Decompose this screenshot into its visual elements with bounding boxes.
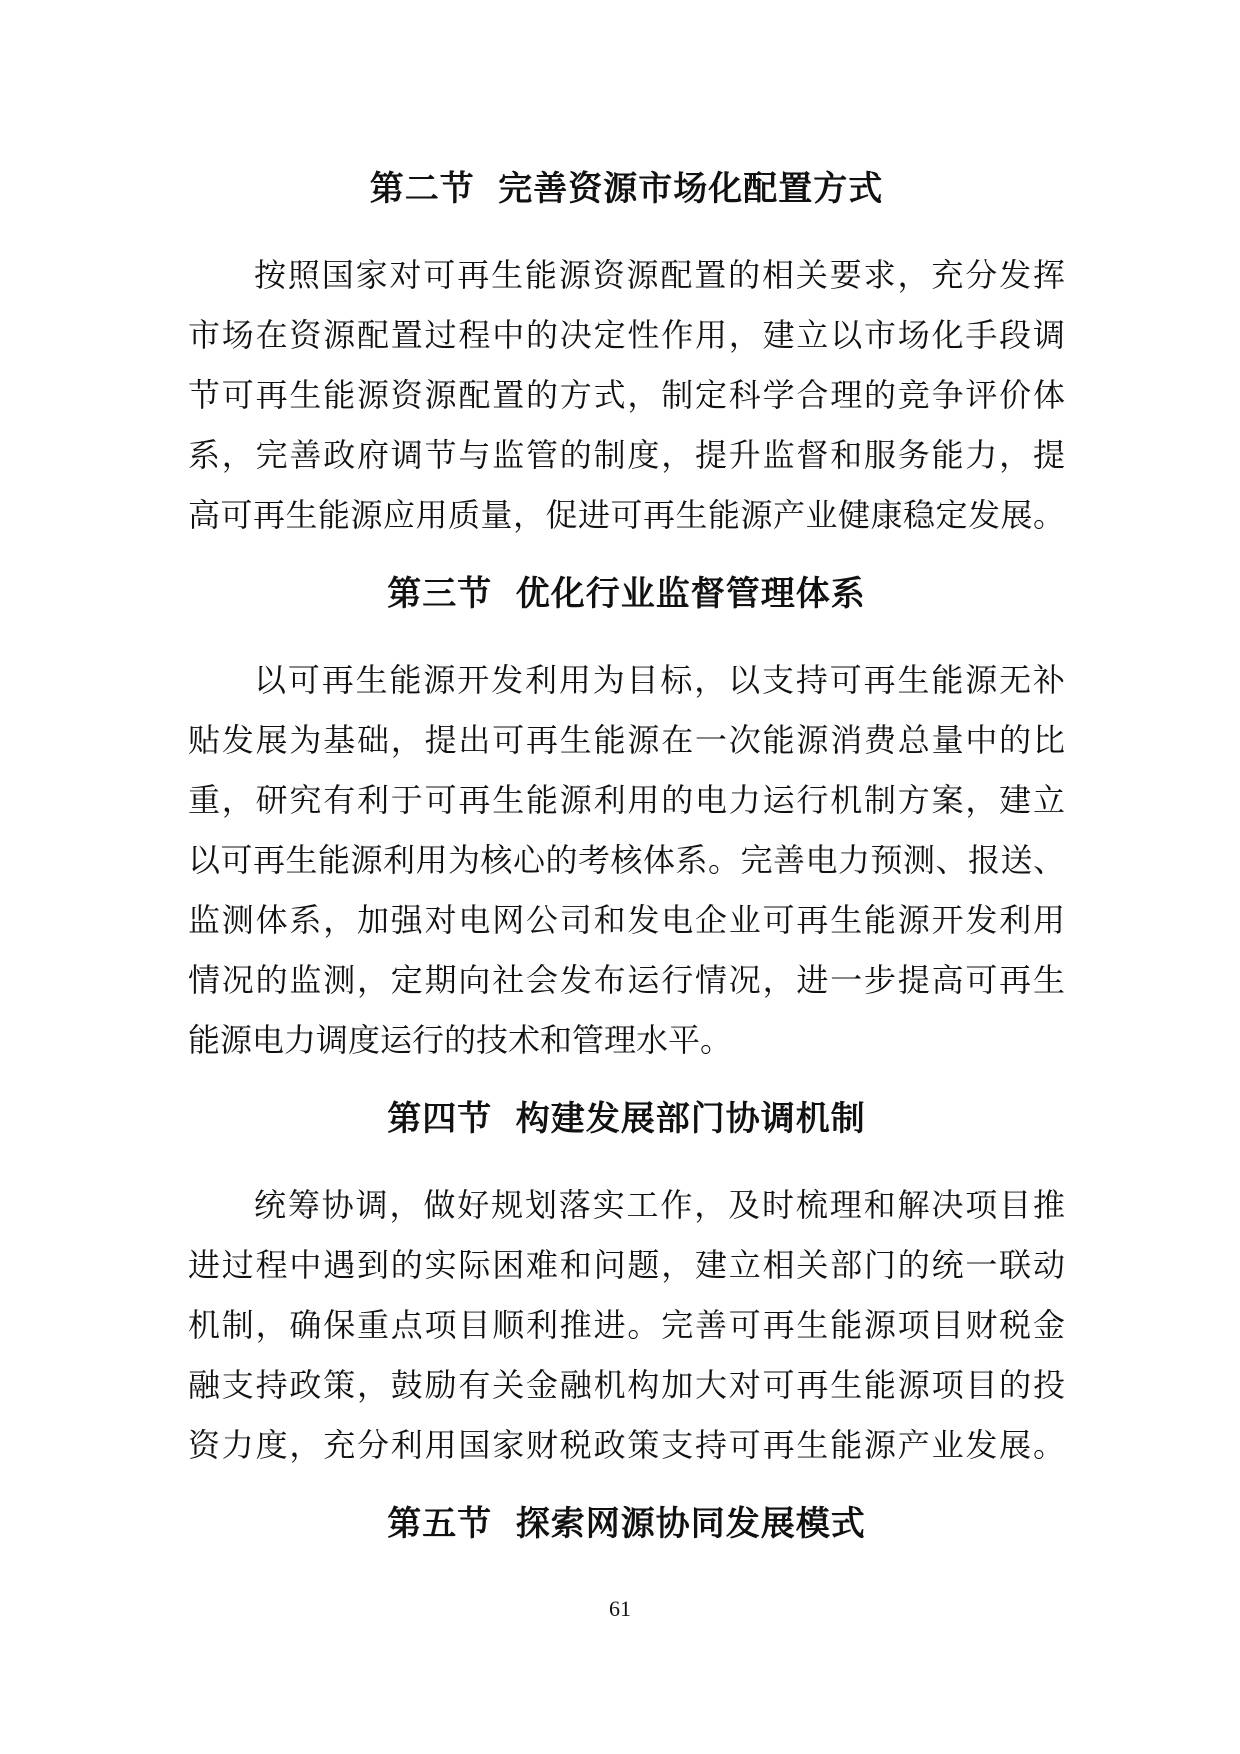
paragraph-section-2: 按照国家对可再生能源资源配置的相关要求，充分发挥 市场在资源配置过程中的决定性作… [188,245,1065,545]
paragraph-line: 融支持政策，鼓励有关金融机构加大对可再生能源项目的投 [188,1355,1065,1415]
paragraph-line: 重，研究有利于可再生能源利用的电力运行机制方案，建立 [188,770,1065,830]
paragraph-line: 监测体系，加强对电网公司和发电企业可再生能源开发利用 [188,890,1065,950]
paragraph-line: 以可再生能源利用为核心的考核体系。完善电力预测、报送、 [188,830,1065,890]
paragraph-line: 系，完善政府调节与监管的制度，提升监督和服务能力，提 [188,425,1065,485]
paragraph-line: 按照国家对可再生能源资源配置的相关要求，充分发挥 [188,245,1065,305]
paragraph-line: 市场在资源配置过程中的决定性作用，建立以市场化手段调 [188,305,1065,365]
document-page: 第二节 完善资源市场化配置方式 按照国家对可再生能源资源配置的相关要求，充分发挥… [0,0,1240,1754]
section-heading-3: 第三节 优化行业监督管理体系 [188,565,1065,625]
paragraph-line: 以可再生能源开发利用为目标，以支持可再生能源无补 [188,650,1065,710]
paragraph-line: 情况的监测，定期向社会发布运行情况，进一步提高可再生 [188,950,1065,1010]
paragraph-line: 能源电力调度运行的技术和管理水平。 [188,1010,1065,1070]
section-heading-5: 第五节 探索网源协同发展模式 [188,1495,1065,1555]
paragraph-line: 进过程中遇到的实际困难和问题，建立相关部门的统一联动 [188,1235,1065,1295]
paragraph-line: 资力度，充分利用国家财税政策支持可再生能源产业发展。 [188,1415,1065,1475]
paragraph-section-3: 以可再生能源开发利用为目标，以支持可再生能源无补 贴发展为基础，提出可再生能源在… [188,650,1065,1070]
page-content: 第二节 完善资源市场化配置方式 按照国家对可再生能源资源配置的相关要求，充分发挥… [188,160,1065,1580]
paragraph-line: 统筹协调，做好规划落实工作，及时梳理和解决项目推 [188,1175,1065,1235]
page-number: 61 [0,1594,1240,1624]
section-heading-4: 第四节 构建发展部门协调机制 [188,1090,1065,1150]
paragraph-line: 机制，确保重点项目顺利推进。完善可再生能源项目财税金 [188,1295,1065,1355]
paragraph-line: 高可再生能源应用质量，促进可再生能源产业健康稳定发展。 [188,485,1065,545]
paragraph-line: 贴发展为基础，提出可再生能源在一次能源消费总量中的比 [188,710,1065,770]
section-heading-2: 第二节 完善资源市场化配置方式 [188,160,1065,220]
paragraph-line: 节可再生能源资源配置的方式，制定科学合理的竞争评价体 [188,365,1065,425]
paragraph-section-4: 统筹协调，做好规划落实工作，及时梳理和解决项目推 进过程中遇到的实际困难和问题，… [188,1175,1065,1475]
